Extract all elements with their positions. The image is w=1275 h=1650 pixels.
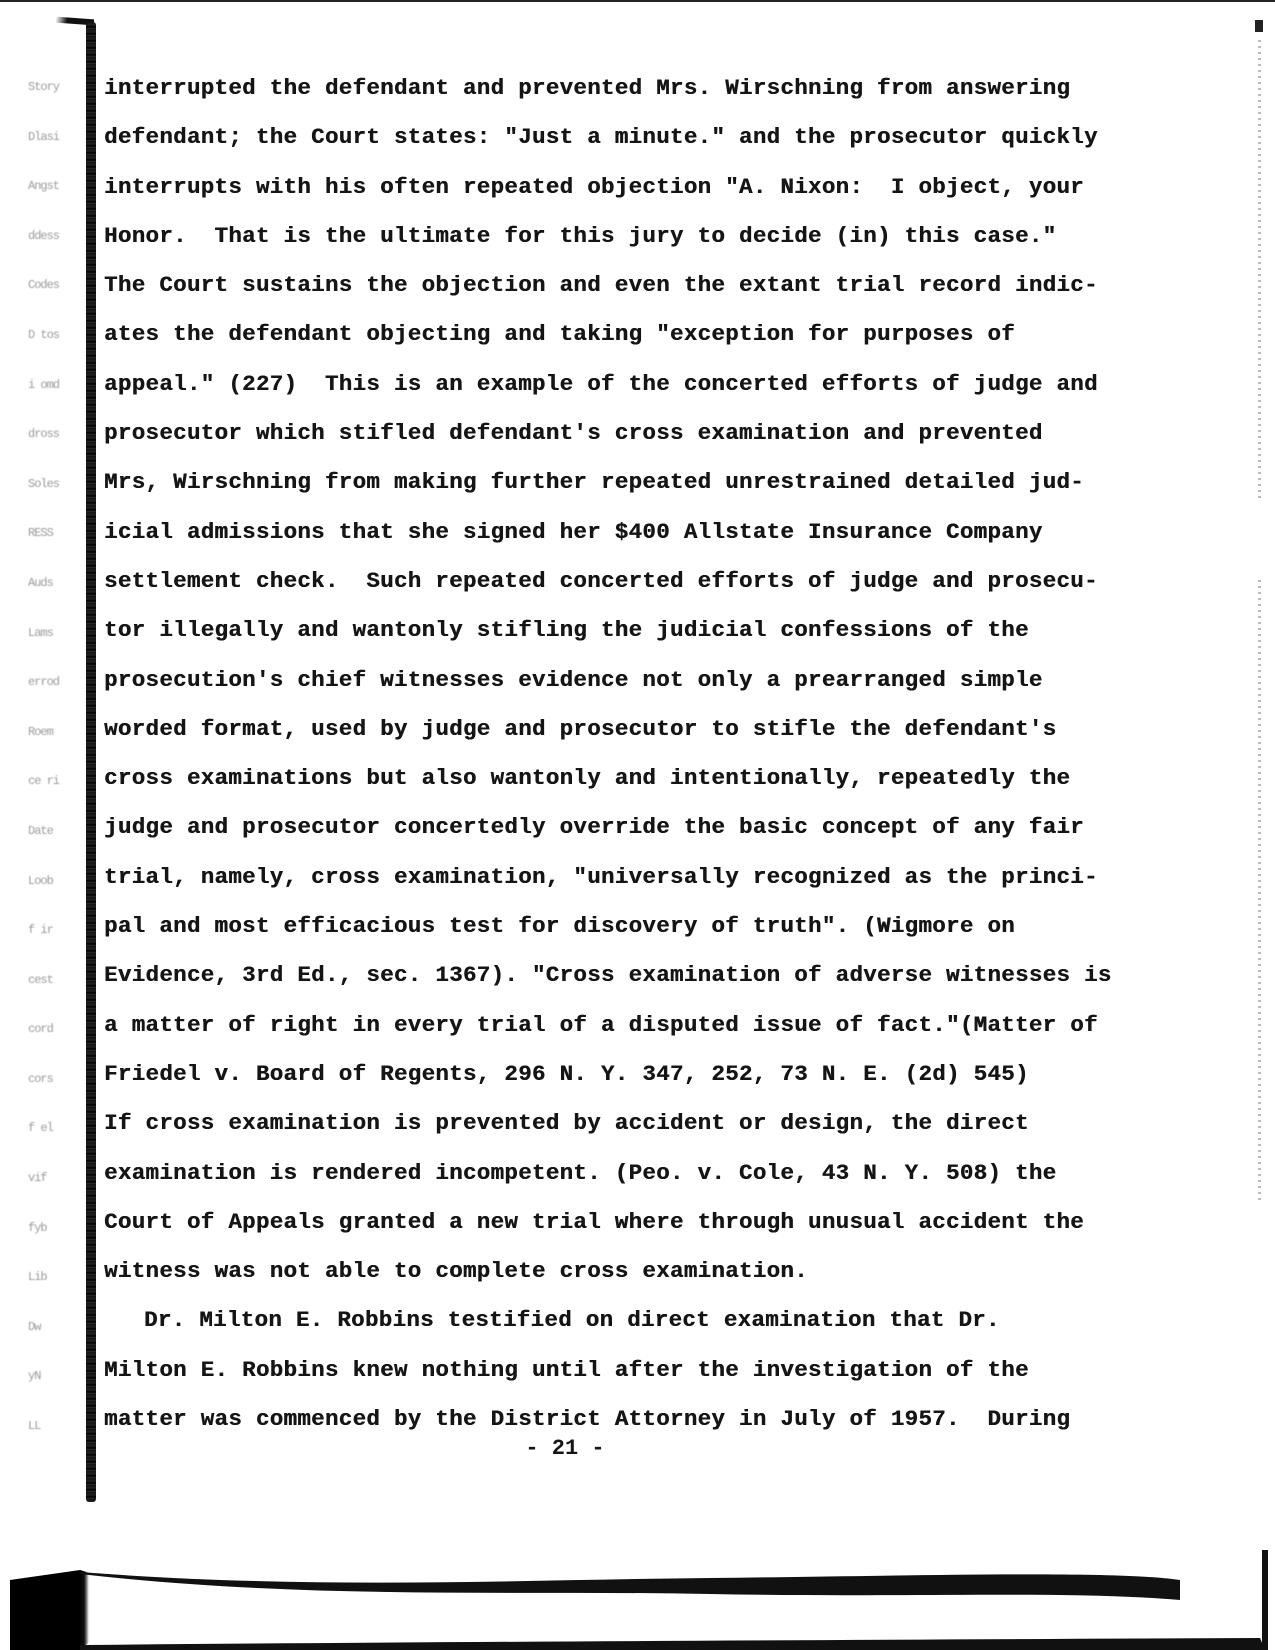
text-line: pal and most efficacious test for discov… (104, 902, 1104, 951)
margin-ghost: Lams (28, 626, 76, 676)
scan-page-curl-shadow (10, 1550, 1270, 1650)
margin-ghost: RESS (28, 526, 76, 576)
text-line: tor illegally and wantonly stifling the … (104, 606, 1104, 655)
text-line: prosecution's chief witnesses evidence n… (104, 656, 1104, 705)
margin-ghost: vif (28, 1171, 76, 1221)
text-line: trial, namely, cross examination, "unive… (104, 853, 1104, 902)
text-line: judge and prosecutor concertedly overrid… (104, 803, 1104, 852)
text-line: cross examinations but also wantonly and… (104, 754, 1104, 803)
text-line: Friedel v. Board of Regents, 296 N. Y. 3… (104, 1050, 1104, 1099)
margin-ghost: errod (28, 675, 76, 725)
margin-ghost: Codes (28, 278, 76, 328)
margin-ghost: cors (28, 1072, 76, 1122)
scan-speck (1255, 20, 1263, 32)
margin-ghost: cord (28, 1022, 76, 1072)
margin-ghost: Roem (28, 725, 76, 775)
margin-ghost: Loob (28, 874, 76, 924)
text-line: prosecutor which stifled defendant's cro… (104, 409, 1104, 458)
margin-ghost: f ir (28, 923, 76, 973)
text-line: If cross examination is prevented by acc… (104, 1099, 1104, 1148)
text-line: Milton E. Robbins knew nothing until aft… (104, 1346, 1104, 1395)
margin-ghost: Dw (28, 1320, 76, 1370)
margin-ghost: Lib (28, 1270, 76, 1320)
margin-ghost: ddess (28, 229, 76, 279)
text-line: defendant; the Court states: "Just a min… (104, 113, 1104, 162)
text-line: worded format, used by judge and prosecu… (104, 705, 1104, 754)
margin-ghost: i omd (28, 378, 76, 428)
text-line: Mrs, Wirschning from making further repe… (104, 458, 1104, 507)
text-line: Honor. That is the ultimate for this jur… (104, 212, 1104, 261)
scan-top-edge (0, 0, 1275, 2)
text-line: icial admissions that she signed her $40… (104, 508, 1104, 557)
margin-ghost: D tos (28, 328, 76, 378)
margin-ghost: Auds (28, 576, 76, 626)
text-line: settlement check. Such repeated concerte… (104, 557, 1104, 606)
margin-ghost: ce ri (28, 774, 76, 824)
text-line: interrupts with his often repeated objec… (104, 163, 1104, 212)
text-line: examination is rendered incompetent. (Pe… (104, 1149, 1104, 1198)
scan-edge-noise (1258, 40, 1261, 500)
binding-shadow-bar (86, 22, 96, 1502)
margin-ghost: fyb (28, 1221, 76, 1271)
body-text: interrupted the defendant and prevented … (104, 64, 1104, 1444)
margin-ghost: Story (28, 80, 76, 130)
paragraph-start-line: Dr. Milton E. Robbins testified on direc… (104, 1296, 1104, 1345)
page-number: - 21 - (0, 1436, 1130, 1461)
margin-ghost: yN (28, 1369, 76, 1419)
margin-ghost: f el (28, 1121, 76, 1171)
margin-ghost: Date (28, 824, 76, 874)
scan-edge-noise (1258, 580, 1261, 1200)
margin-ghost: dross (28, 427, 76, 477)
margin-ghost: Angst (28, 179, 76, 229)
margin-ghost: cest (28, 973, 76, 1023)
margin-ghost: Dlasi (28, 130, 76, 180)
text-line: Court of Appeals granted a new trial whe… (104, 1198, 1104, 1247)
bleed-through-margin: Story Dlasi Angst ddess Codes D tos i om… (28, 80, 76, 1469)
text-line: ates the defendant objecting and taking … (104, 310, 1104, 359)
text-line: appeal." (227) This is an example of the… (104, 360, 1104, 409)
text-line: The Court sustains the objection and eve… (104, 261, 1104, 310)
margin-ghost: Soles (28, 477, 76, 527)
text-line: interrupted the defendant and prevented … (104, 64, 1104, 113)
text-line: witness was not able to complete cross e… (104, 1247, 1104, 1296)
text-line: a matter of right in every trial of a di… (104, 1001, 1104, 1050)
text-line: Evidence, 3rd Ed., sec. 1367). "Cross ex… (104, 951, 1104, 1000)
